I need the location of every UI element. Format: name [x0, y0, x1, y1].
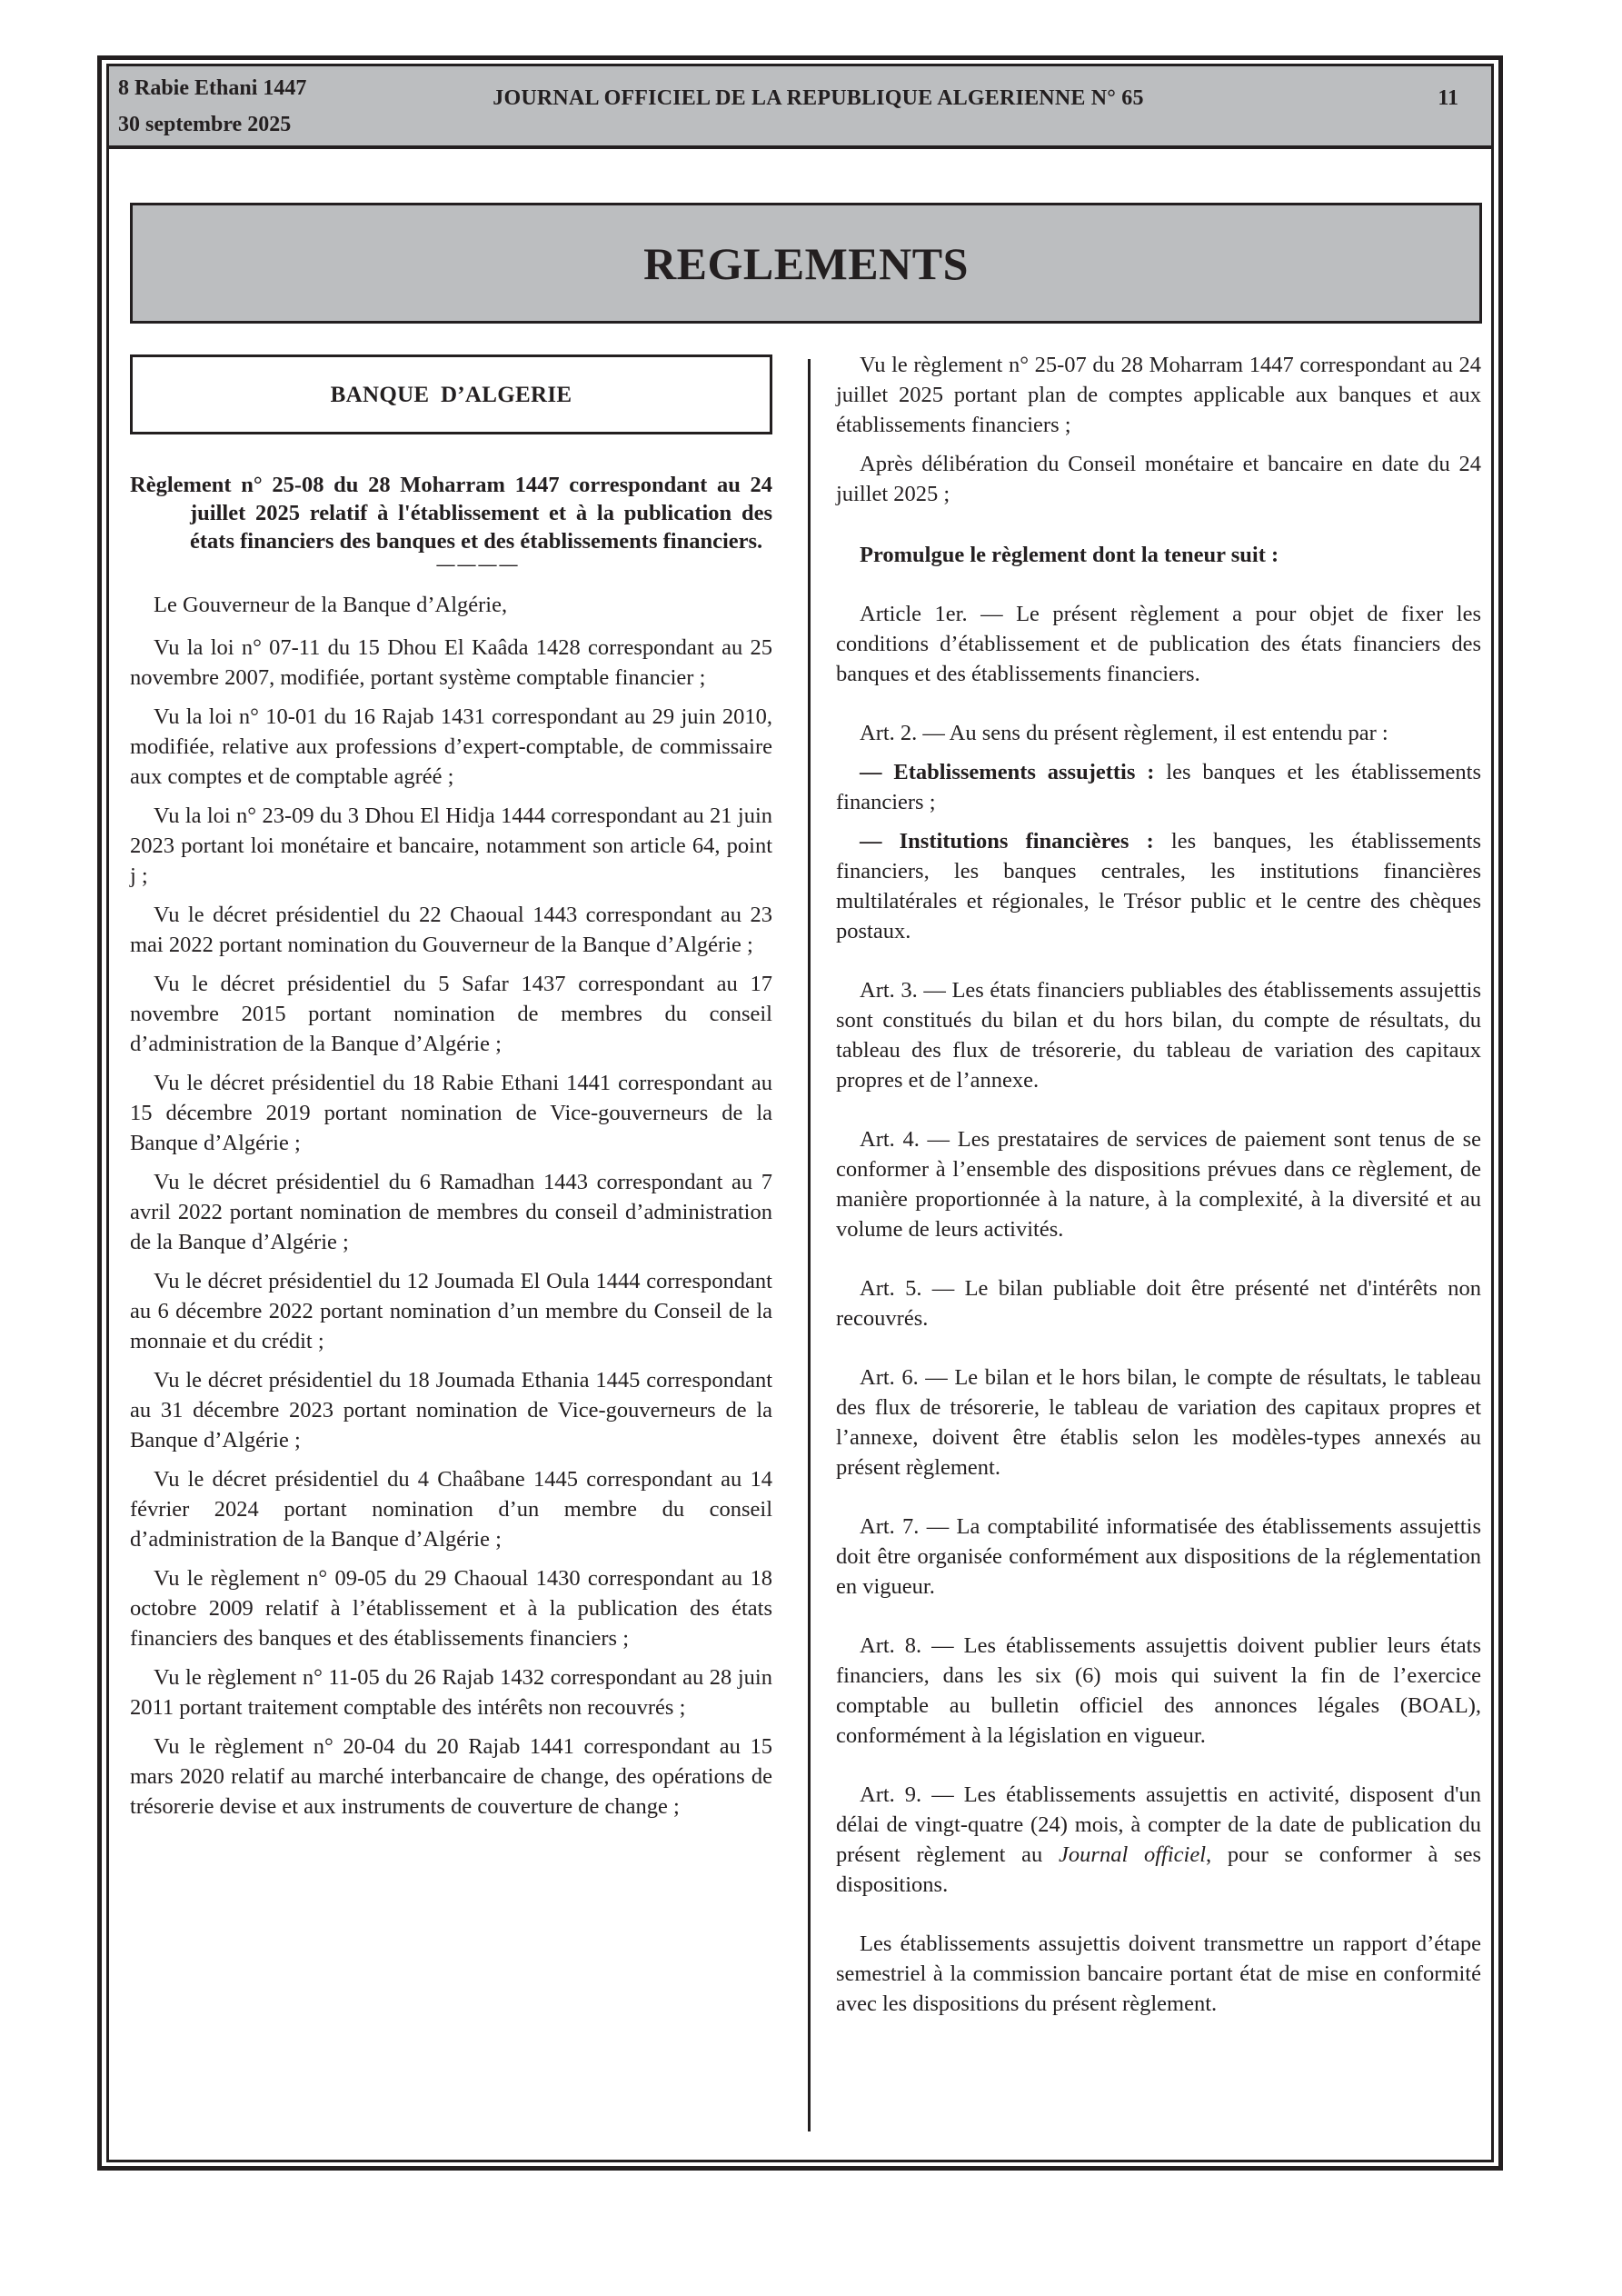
visa-item: Vu le règlement n° 09-05 du 29 Chaoual 1… — [130, 1563, 772, 1653]
article-4: Art. 4. — Les prestataires de services d… — [836, 1124, 1481, 1244]
visa-item: Vu le règlement n° 25-07 du 28 Moharram … — [836, 350, 1481, 440]
section-title: REGLEMENTS — [643, 237, 969, 290]
visa-item: Vu le décret présidentiel du 4 Chaâbane … — [130, 1464, 772, 1554]
visa-item: Vu le décret présidentiel du 18 Rabie Et… — [130, 1068, 772, 1158]
definition-term: — Etablissements assujettis : — [860, 760, 1154, 784]
definition-term: — Institutions financières : — [860, 829, 1154, 854]
promulgation: Promulgue le règlement dont la teneur su… — [836, 540, 1481, 570]
article-5: Art. 5. — Le bilan publiable doit être p… — [836, 1273, 1481, 1333]
visa-item: Vu le décret présidentiel du 22 Chaoual … — [130, 900, 772, 960]
article-2-definition-1: — Etablissements assujettis : les banque… — [836, 757, 1481, 817]
article-2-definition-2: — Institutions financières : les banques… — [836, 826, 1481, 946]
visa-item: Vu la loi n° 10-01 du 16 Rajab 1431 corr… — [130, 702, 772, 792]
article-6: Art. 6. — Le bilan et le hors bilan, le … — [836, 1363, 1481, 1482]
institution-name: BANQUE D’ALGERIE — [331, 380, 572, 410]
right-column: Vu le règlement n° 25-07 du 28 Moharram … — [836, 350, 1481, 2028]
section-banner: REGLEMENTS — [130, 203, 1482, 324]
date-gregorian: 30 septembre 2025 — [118, 106, 306, 143]
visa-item: Vu le décret présidentiel du 5 Safar 143… — [130, 969, 772, 1059]
article-7: Art. 7. — La comptabilité informatisée d… — [836, 1512, 1481, 1602]
title-separator: ———— — [130, 554, 772, 575]
left-column: BANQUE D’ALGERIE Règlement n° 25-08 du 2… — [130, 354, 772, 1831]
visa-item: Vu le règlement n° 11-05 du 26 Rajab 143… — [130, 1662, 772, 1722]
article-2-intro: Art. 2. — Au sens du présent règlement, … — [836, 718, 1481, 748]
visa-item: Vu le décret présidentiel du 12 Joumada … — [130, 1266, 772, 1356]
deliberation: Après délibération du Conseil monétaire … — [836, 449, 1481, 509]
journal-title: JOURNAL OFFICIEL DE LA REPUBLIQUE ALGERI… — [109, 86, 1491, 111]
visa-item: Vu le décret présidentiel du 6 Ramadhan … — [130, 1167, 772, 1257]
column-divider — [808, 359, 811, 2131]
journal-officiel-reference: Journal officiel — [1059, 1842, 1206, 1867]
visa-item: Vu la loi n° 23-09 du 3 Dhou El Hidja 14… — [130, 801, 772, 891]
visa-item: Vu le règlement n° 20-04 du 20 Rajab 144… — [130, 1732, 772, 1822]
visa-item: Vu la loi n° 07-11 du 15 Dhou El Kaâda 1… — [130, 633, 772, 693]
preamble-opening: Le Gouverneur de la Banque d’Algérie, — [130, 590, 772, 620]
article-3: Art. 3. — Les états financiers publiable… — [836, 975, 1481, 1095]
article-9-paragraph-2: Les établissements assujettis doivent tr… — [836, 1929, 1481, 2019]
regulation-title: Règlement n° 25-08 du 28 Moharram 1447 c… — [130, 471, 772, 555]
article-8: Art. 8. — Les établissements assujettis … — [836, 1631, 1481, 1751]
running-header: 8 Rabie Ethani 1447 30 septembre 2025 JO… — [109, 66, 1491, 149]
article-9: Art. 9. — Les établissements assujettis … — [836, 1780, 1481, 1900]
article-1: Article 1er. — Le présent règlement a po… — [836, 599, 1481, 689]
page-number: 11 — [1438, 86, 1458, 111]
institution-box: BANQUE D’ALGERIE — [130, 354, 772, 434]
visa-item: Vu le décret présidentiel du 18 Joumada … — [130, 1365, 772, 1455]
